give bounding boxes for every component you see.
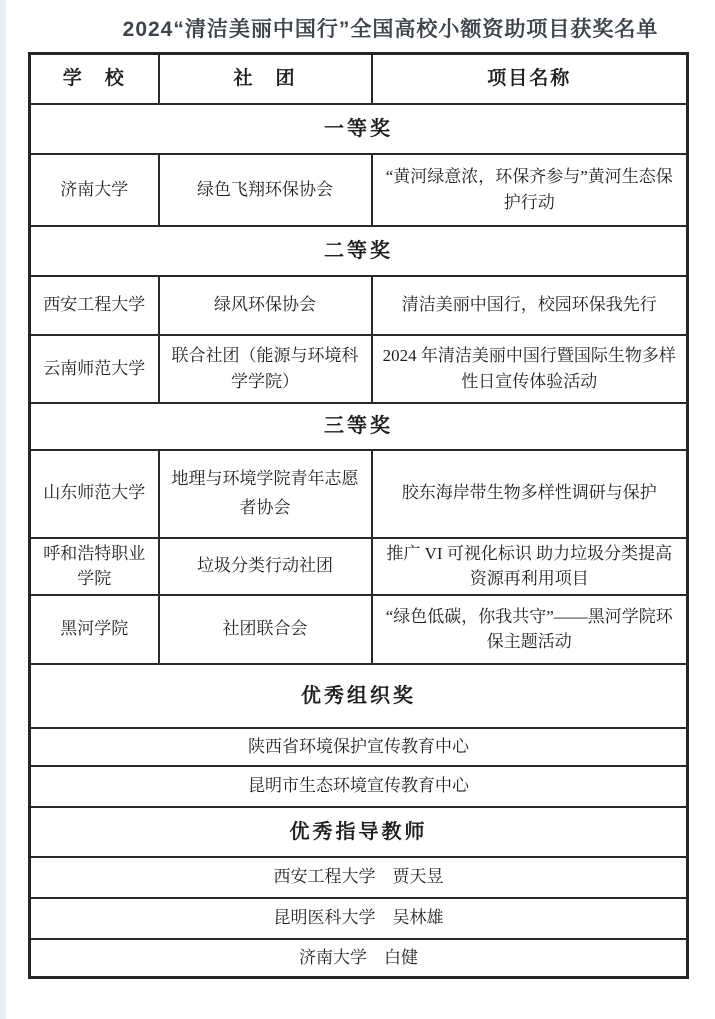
- table-row: 西安工程大学 贾天昱: [30, 857, 688, 898]
- table-row: 山东师范大学 地理与环境学院青年志愿者协会 胶东海岸带生物多样性调研与保护: [30, 450, 688, 538]
- organization-cell: 陕西省环境保护宣传教育中心: [30, 728, 688, 766]
- school-cell: 山东师范大学: [30, 450, 159, 538]
- table-row: 昆明市生态环境宣传教育中心: [30, 766, 688, 807]
- school-cell: 呼和浩特职业学院: [30, 538, 159, 595]
- table-row: 云南师范大学 联合社团（能源与环境科学学院） 2024 年清洁美丽中国行暨国际生…: [30, 335, 688, 403]
- table-row: 西安工程大学 绿风环保协会 清洁美丽中国行，校园环保我先行: [30, 276, 688, 335]
- table-header-row: 学 校 社 团 项目名称: [30, 54, 688, 104]
- school-cell: 济南大学: [30, 154, 159, 226]
- club-cell: 垃圾分类行动社团: [159, 538, 372, 595]
- header-school: 学 校: [30, 54, 159, 104]
- project-cell: 推广 VI 可视化标识 助力垃圾分类提高资源再利用项目: [372, 538, 688, 595]
- table-row: 呼和浩特职业学院 垃圾分类行动社团 推广 VI 可视化标识 助力垃圾分类提高资源…: [30, 538, 688, 595]
- project-cell: 清洁美丽中国行，校园环保我先行: [372, 276, 688, 335]
- section-label: 二等奖: [30, 226, 688, 276]
- school-cell: 黑河学院: [30, 595, 159, 664]
- section-label: 一等奖: [30, 104, 688, 154]
- organization-cell: 昆明市生态环境宣传教育中心: [30, 766, 688, 807]
- project-cell: 胶东海岸带生物多样性调研与保护: [372, 450, 688, 538]
- table-row: 济南大学 白健: [30, 939, 688, 978]
- section-label: 优秀指导教师: [30, 807, 688, 857]
- school-cell: 西安工程大学: [30, 276, 159, 335]
- project-cell: “黄河绿意浓，环保齐参与”黄河生态保护行动: [372, 154, 688, 226]
- club-cell: 社团联合会: [159, 595, 372, 664]
- club-cell: 绿色飞翔环保协会: [159, 154, 372, 226]
- advisor-cell: 西安工程大学 贾天昱: [30, 857, 688, 898]
- advisor-cell: 昆明医科大学 吴林雄: [30, 898, 688, 939]
- section-first-prize: 一等奖: [30, 104, 688, 154]
- table-row: 昆明医科大学 吴林雄: [30, 898, 688, 939]
- table-row: 济南大学 绿色飞翔环保协会 “黄河绿意浓，环保齐参与”黄河生态保护行动: [30, 154, 688, 226]
- project-cell: “绿色低碳，你我共守”——黑河学院环保主题活动: [372, 595, 688, 664]
- section-excellent-advisors: 优秀指导教师: [30, 807, 688, 857]
- page-left-strip: [0, 0, 6, 1019]
- page-title: 2024“清洁美丽中国行”全国高校小额资助项目获奖名单: [0, 0, 715, 43]
- club-cell: 地理与环境学院青年志愿者协会: [159, 450, 372, 538]
- section-label: 三等奖: [30, 403, 688, 450]
- school-cell: 云南师范大学: [30, 335, 159, 403]
- awards-table: 学 校 社 团 项目名称 一等奖 济南大学 绿色飞翔环保协会 “黄河绿意浓，环保…: [28, 52, 689, 979]
- table-row: 黑河学院 社团联合会 “绿色低碳，你我共守”——黑河学院环保主题活动: [30, 595, 688, 664]
- header-project: 项目名称: [372, 54, 688, 104]
- section-excellent-organization: 优秀组织奖: [30, 664, 688, 728]
- advisor-cell: 济南大学 白健: [30, 939, 688, 978]
- section-label: 优秀组织奖: [30, 664, 688, 728]
- table-row: 陕西省环境保护宣传教育中心: [30, 728, 688, 766]
- section-third-prize: 三等奖: [30, 403, 688, 450]
- project-cell: 2024 年清洁美丽中国行暨国际生物多样性日宣传体验活动: [372, 335, 688, 403]
- club-cell: 绿风环保协会: [159, 276, 372, 335]
- section-second-prize: 二等奖: [30, 226, 688, 276]
- header-club: 社 团: [159, 54, 372, 104]
- club-cell: 联合社团（能源与环境科学学院）: [159, 335, 372, 403]
